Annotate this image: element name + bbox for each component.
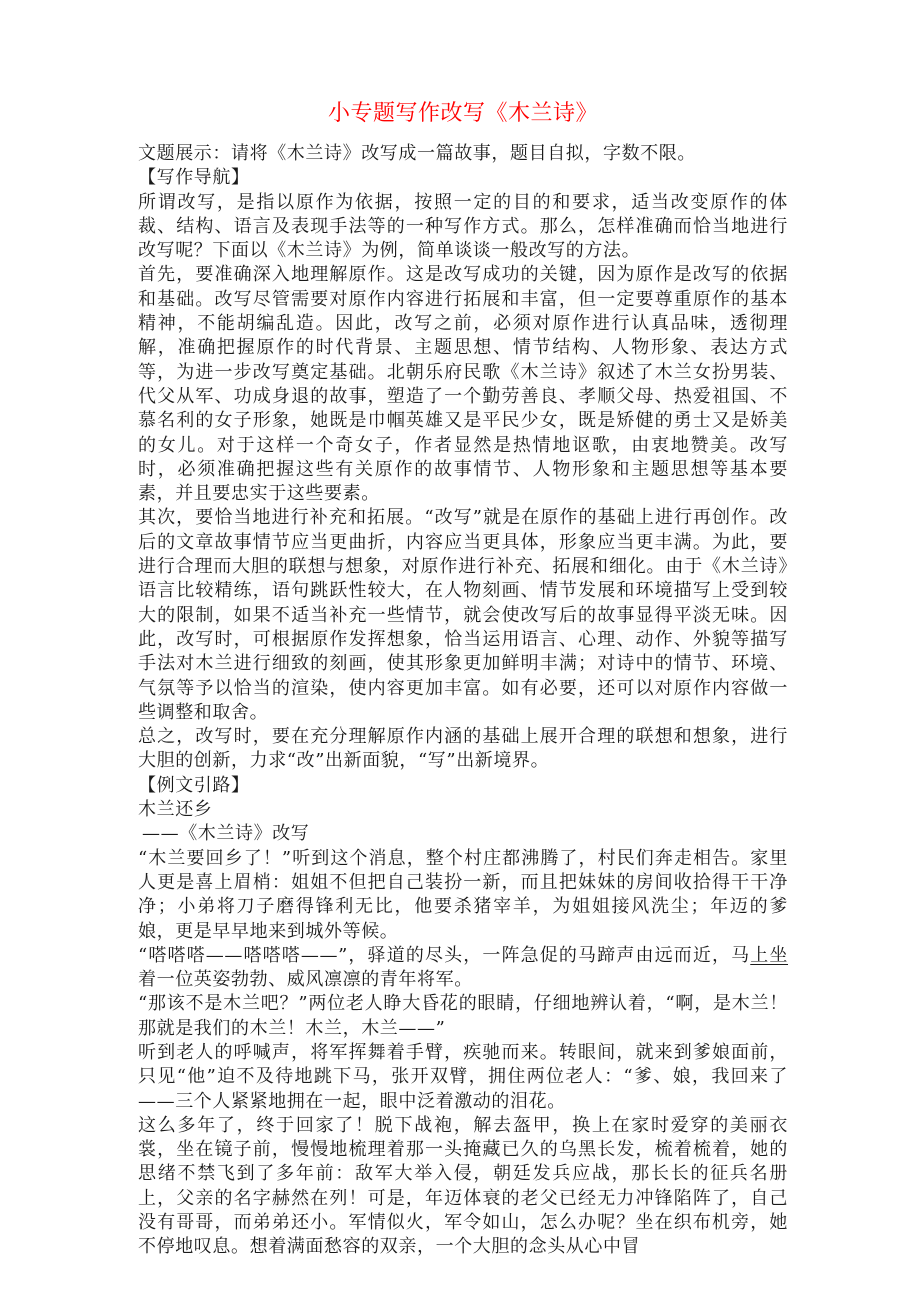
document-body: 文题展示：请将《木兰诗》改写成一篇故事，题目自拟，字数不限。 【写作导航】 所谓…	[138, 142, 788, 1260]
guide-paragraph: 首先，要准确深入地理解原作。这是改写成功的关键，因为原作是改写的依据和基础。改写…	[138, 263, 788, 506]
example-text: “嗒嗒嗒——嗒嗒嗒——”，驿道的尽头，一阵急促的马蹄声由远而近，马	[138, 945, 750, 966]
example-paragraph: “那该不是木兰吧？”两位老人睁大昏花的眼睛，仔细地辨认着，“啊，是木兰！那就是我…	[138, 992, 788, 1041]
example-paragraph: 听到老人的呼喊声，将军挥舞着手臂，疾驰而来。转眼间，就来到爹娘面前，只见“他”迫…	[138, 1041, 788, 1114]
example-paragraph: 这么多年了，终于回家了！脱下战袍，解去盔甲，换上在家时爱穿的美丽衣裳，坐在镜子前…	[138, 1114, 788, 1260]
guide-paragraph: 其次，要恰当地进行补充和拓展。“改写”就是在原作的基础上进行再创作。改后的文章故…	[138, 506, 788, 725]
section-heading-example: 【例文引路】	[138, 774, 788, 798]
guide-paragraph: 所谓改写，是指以原作为依据，按照一定的目的和要求，适当改变原作的体裁、结构、语言…	[138, 191, 788, 264]
document-page: 小专题写作改写《木兰诗》 文题展示：请将《木兰诗》改写成一篇故事，题目自拟，字数…	[138, 98, 788, 1260]
example-paragraph: “嗒嗒嗒——嗒嗒嗒——”，驿道的尽头，一阵急促的马蹄声由远而近，马上坐着一位英姿…	[138, 944, 788, 993]
example-text: 着一位英姿勃勃、威风凛凛的青年将军。	[138, 969, 473, 990]
example-paragraph: “木兰要回乡了！”听到这个消息，整个村庄都沸腾了，村民们奔走相告。家里人更是喜上…	[138, 847, 788, 944]
document-title: 小专题写作改写《木兰诗》	[138, 98, 788, 130]
assignment-prompt: 文题展示：请将《木兰诗》改写成一篇故事，题目自拟，字数不限。	[138, 142, 788, 166]
guide-paragraph: 总之，改写时，要在充分理解原作内涵的基础上展开合理的联想和想象，进行大胆的创新，…	[138, 725, 788, 774]
underlined-text: 上坐	[750, 945, 788, 966]
example-title: 木兰还乡	[138, 798, 788, 822]
section-heading-writing-guide: 【写作导航】	[138, 166, 788, 190]
example-byline: ——《木兰诗》改写	[138, 822, 788, 846]
